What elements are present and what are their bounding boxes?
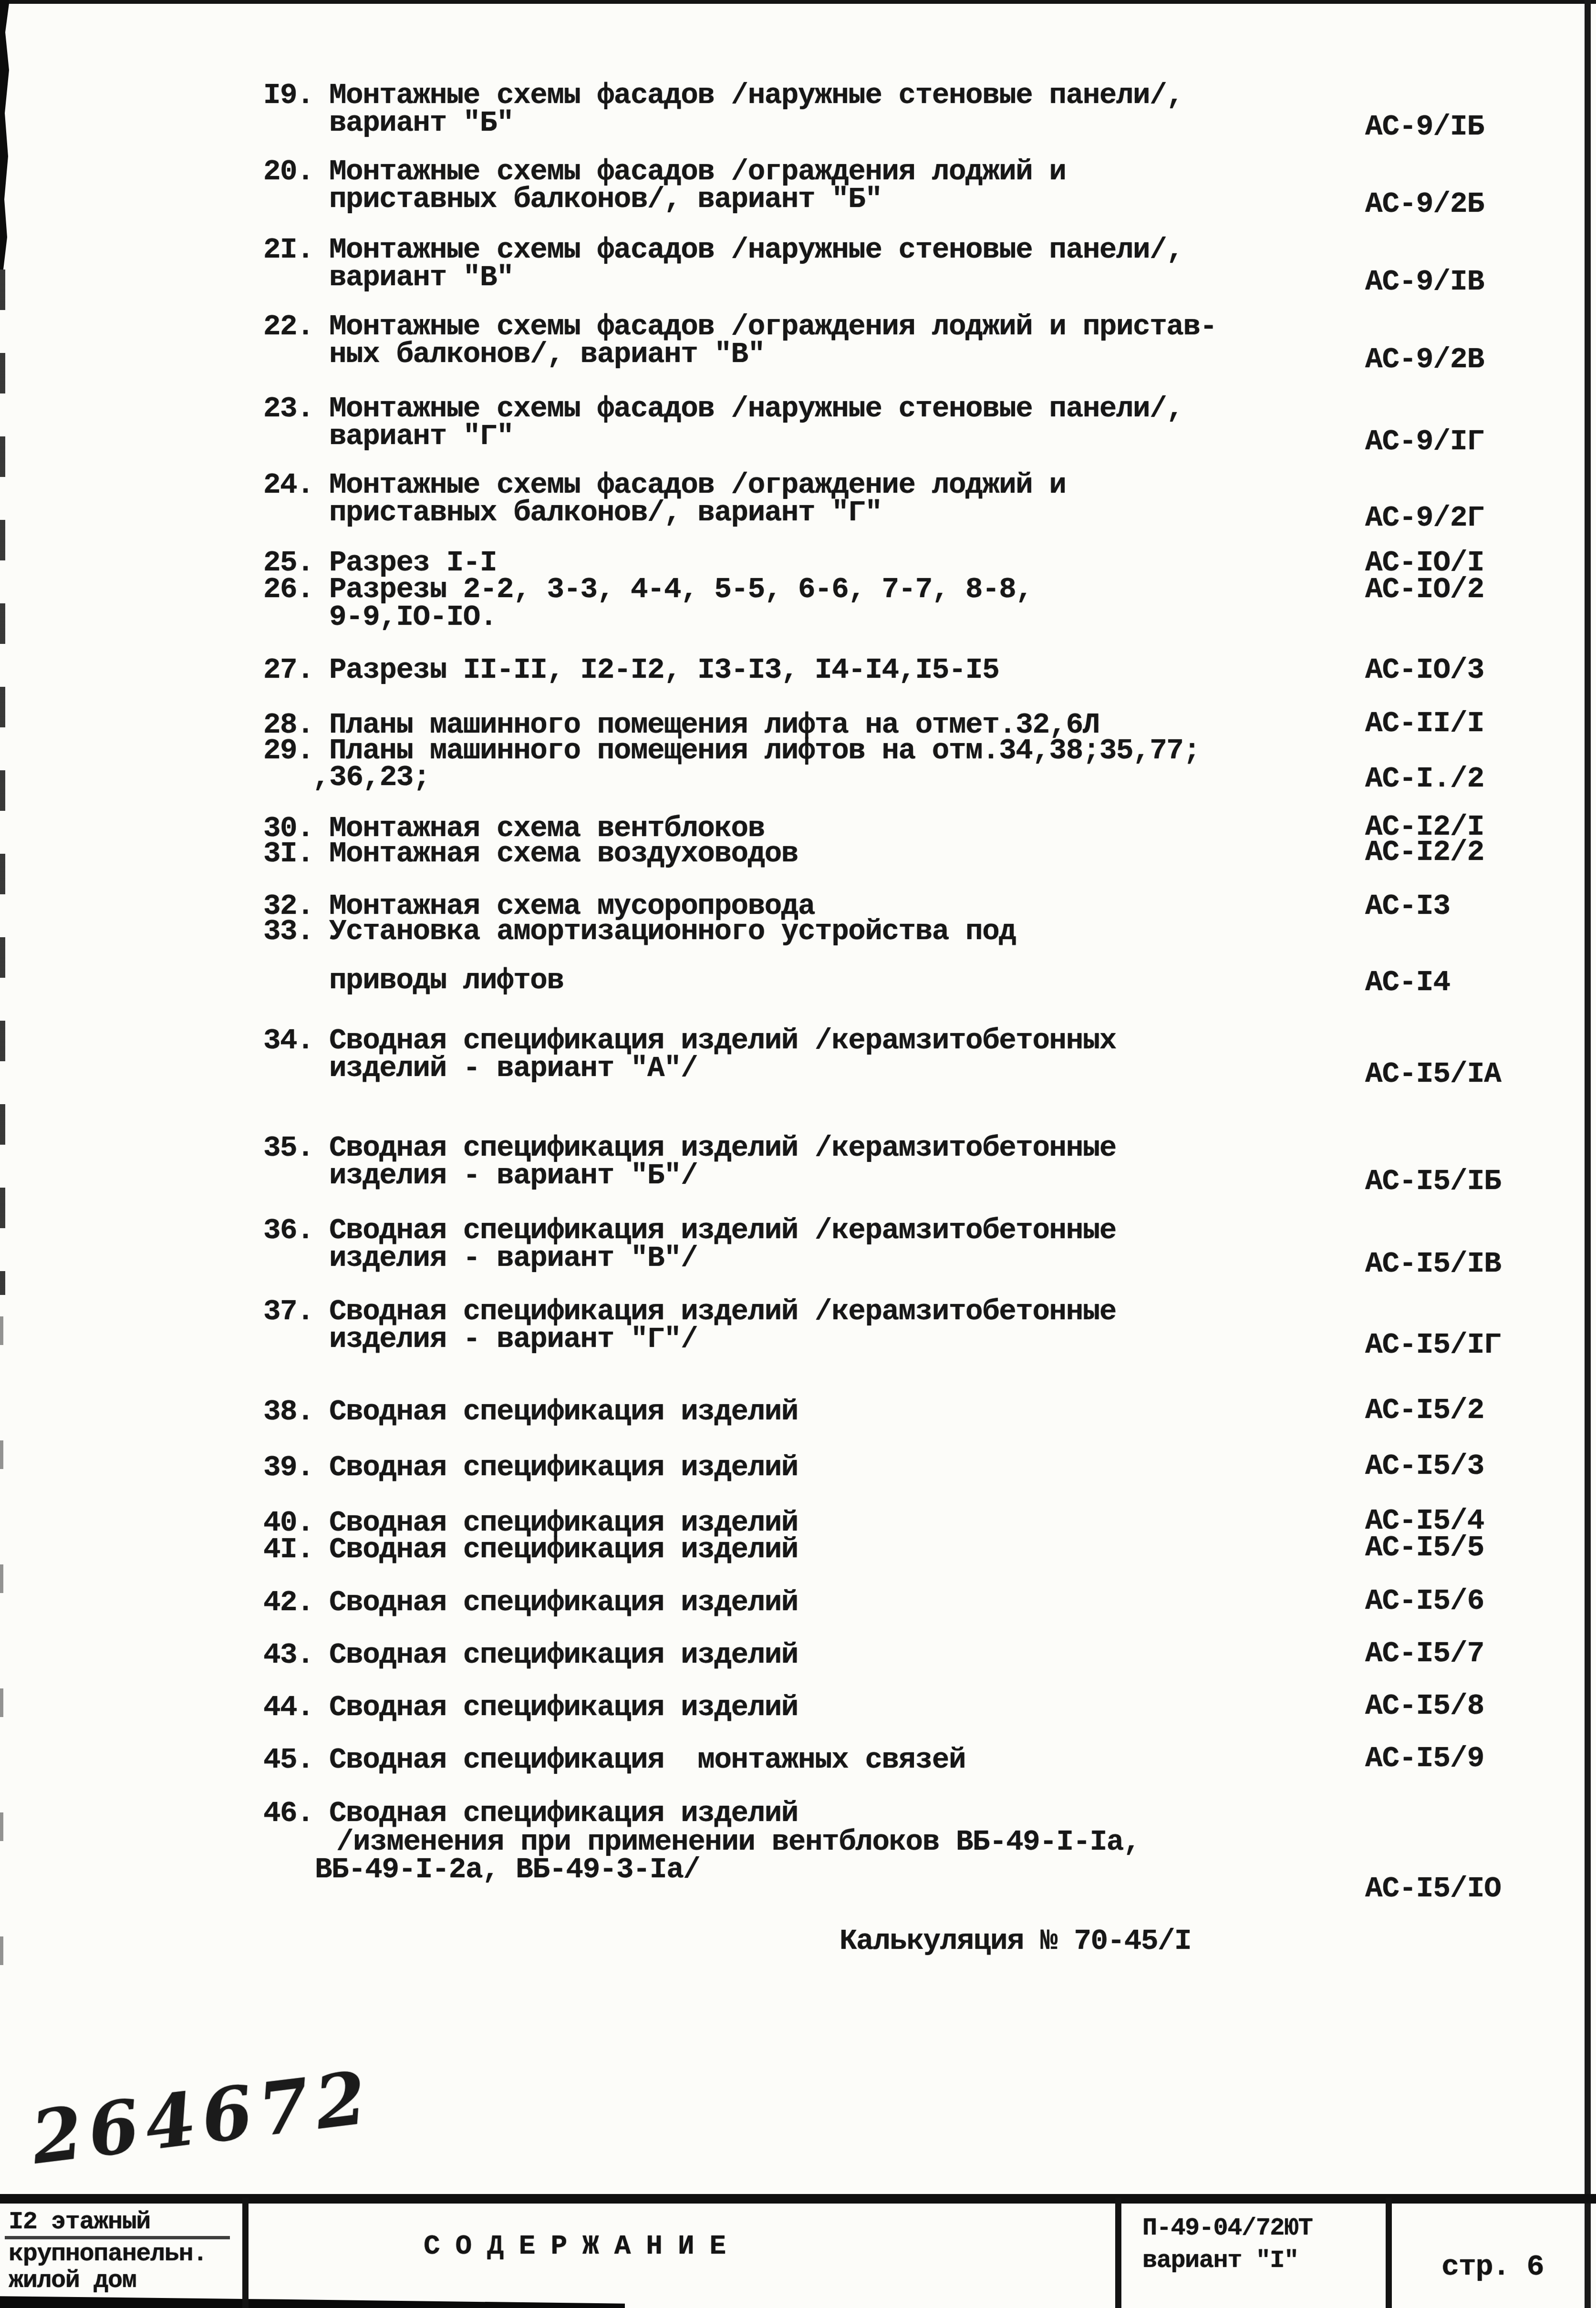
toc-item-number: 33.	[263, 917, 313, 946]
toc-item-number: 34.	[263, 1026, 313, 1056]
toc-item-drawing-code: АС-II/I	[1365, 709, 1484, 738]
toc-item-number: 27.	[263, 656, 313, 685]
project-name-line: крупнопанельн.	[9, 2242, 207, 2267]
toc-item-text: изделия - вариант "В"/	[329, 1244, 697, 1273]
toc-item-text: ВБ-49-I-2а, ВБ-49-3-Iа/	[315, 1855, 700, 1884]
toc-item-number: 45.	[263, 1746, 313, 1775]
toc-item-drawing-code: АС-I5/IА	[1365, 1060, 1501, 1089]
calc-note: Калькуляция № 70-45/I	[839, 1927, 1191, 1956]
toc-item-drawing-code: АС-I5/IГ	[1365, 1331, 1501, 1360]
toc-item-text: Установка амортизационного устройства по…	[329, 917, 1016, 946]
right-border-line	[1585, 0, 1591, 2308]
left-edge-scan-artifact	[0, 0, 10, 269]
toc-item-drawing-code: АС-I5/7	[1365, 1639, 1484, 1668]
toc-item-drawing-code: АС-I2/2	[1365, 838, 1484, 867]
toc-item-text: Сводная спецификация изделий /керамзитоб…	[329, 1216, 1116, 1245]
toc-item-drawing-code: АС-9/2В	[1365, 345, 1484, 374]
contents-title: С О Д Е Р Ж А Н И Е	[424, 2233, 725, 2261]
toc-item-drawing-code: АС-I4	[1365, 968, 1450, 997]
toc-item-text: Монтажная схема воздуховодов	[329, 839, 798, 869]
toc-item-text: Сводная спецификация изделий	[329, 1693, 798, 1722]
toc-item-drawing-code: АС-I5/IВ	[1365, 1250, 1501, 1279]
toc-item-number: 22.	[263, 312, 313, 342]
toc-item-text: вариант "Б"	[329, 109, 513, 138]
toc-item-number: 46.	[263, 1799, 313, 1828]
toc-item-text: Разрезы 2-2, 3-3, 4-4, 5-5, 6-6, 7-7, 8-…	[329, 575, 1032, 604]
toc-item-drawing-code: АС-I3	[1365, 892, 1450, 921]
toc-item-drawing-code: АС-I5/8	[1365, 1692, 1484, 1721]
toc-item-drawing-code: АС-I5/2	[1365, 1396, 1484, 1425]
toc-item-text: Планы машинного помещения лифтов на отм.…	[329, 736, 1200, 766]
toc-item-text: Сводная спецификация изделий	[329, 1588, 798, 1617]
toc-item-text: Сводная спецификация монтажных связей	[329, 1746, 965, 1775]
toc-item-text: Сводная спецификация изделий /керамзитоб…	[329, 1026, 1116, 1056]
toc-item-drawing-code: АС-I5/9	[1365, 1744, 1484, 1773]
toc-item-number: 2I.	[263, 236, 313, 265]
doc-code-line: П-49-04/72ЮТ	[1142, 2216, 1312, 2241]
toc-item-text: Сводная спецификация изделий	[329, 1641, 798, 1670]
toc-item-text: Монтажные схемы фасадов /ограждения лодж…	[329, 157, 1066, 186]
toc-item-drawing-code: АС-9/IГ	[1365, 427, 1484, 456]
toc-item-drawing-code: АС-I5/5	[1365, 1533, 1484, 1563]
toc-item-text: Сводная спецификация изделий	[329, 1799, 798, 1828]
toc-item-drawing-code: АС-I./2	[1365, 765, 1484, 794]
toc-item-text: изделия - вариант "Б"/	[329, 1161, 697, 1190]
toc-item-number: 3I.	[263, 839, 313, 869]
toc-item-number: 39.	[263, 1453, 313, 1482]
toc-item-number: 23.	[263, 394, 313, 424]
toc-item-text: Монтажные схемы фасадов /наружные стенов…	[329, 394, 1183, 424]
toc-item-text: Монтажные схемы фасадов /ограждение лодж…	[329, 471, 1066, 500]
toc-item-text: Монтажные схемы фасадов /наружные стенов…	[329, 81, 1183, 110]
toc-item-text: /изменения при применении вентблоков ВБ-…	[336, 1828, 1140, 1857]
toc-item-drawing-code: АС-I5/IБ	[1365, 1167, 1501, 1196]
toc-item-text: Сводная спецификация изделий /керамзитоб…	[329, 1134, 1116, 1163]
toc-item-text: Разрезы II-II, I2-I2, I3-I3, I4-I4,I5-I5	[329, 656, 999, 685]
toc-item-drawing-code: АС-IO/2	[1365, 575, 1484, 604]
toc-item-number: 44.	[263, 1693, 313, 1722]
toc-item-number: 36.	[263, 1216, 313, 1245]
toc-item-text: Сводная спецификация изделий	[329, 1453, 798, 1482]
toc-item-drawing-code: АС-I5/6	[1365, 1587, 1484, 1616]
page-number: стр. 6	[1441, 2252, 1544, 2282]
toc-item-text: Сводная спецификация изделий /керамзитоб…	[329, 1297, 1116, 1326]
toc-item-drawing-code: АС-I5/IO	[1365, 1874, 1501, 1904]
footer-top-rule	[0, 2194, 1596, 2204]
left-edge-dash-artifact	[0, 269, 5, 1295]
toc-item-drawing-code: АС-9/2Б	[1365, 190, 1484, 219]
project-name-underline	[5, 2236, 230, 2239]
top-border-line	[0, 0, 1596, 4]
toc-item-text: 9-9,IO-IO.	[329, 603, 497, 632]
footer-divider	[1115, 2198, 1121, 2308]
project-name-line: жилой дом	[9, 2268, 136, 2293]
toc-item-number: 26.	[263, 575, 313, 604]
toc-item-drawing-code: АС-I5/3	[1365, 1452, 1484, 1481]
toc-item-text: приводы лифтов	[329, 966, 563, 995]
footer-divider	[1386, 2198, 1392, 2308]
toc-item-drawing-code: АС-9/IВ	[1365, 268, 1484, 297]
toc-item-drawing-code: АС-9/IБ	[1365, 113, 1484, 142]
toc-item-drawing-code: АС-9/2Г	[1365, 504, 1484, 533]
toc-item-number: 38.	[263, 1397, 313, 1427]
toc-item-text: вариант "Г"	[329, 422, 513, 451]
toc-item-number: 24.	[263, 471, 313, 500]
toc-item-number: 20.	[263, 157, 313, 186]
toc-item-text: вариант "В"	[329, 263, 513, 292]
project-name-line: I2 этажный	[9, 2210, 150, 2235]
scanned-page: I9.Монтажные схемы фасадов /наружные сте…	[0, 0, 1596, 2308]
toc-item-text: Сводная спецификация изделий	[329, 1397, 798, 1427]
toc-item-text: изделий - вариант "А"/	[329, 1054, 697, 1083]
toc-item-number: 35.	[263, 1134, 313, 1163]
toc-item-drawing-code: АС-IO/3	[1365, 656, 1484, 685]
toc-item-text: приставных балконов/, вариант "Б"	[329, 185, 882, 214]
left-edge-dash-artifact	[0, 1316, 3, 2032]
toc-item-number: 4I.	[263, 1535, 313, 1564]
toc-item-text: Монтажные схемы фасадов /наружные стенов…	[329, 236, 1183, 265]
toc-item-text: изделия - вариант "Г"/	[329, 1325, 697, 1354]
footer-divider	[242, 2198, 249, 2308]
handwritten-number: 264672	[28, 2060, 377, 2174]
toc-item-number: I9.	[263, 81, 313, 110]
toc-item-text: приставных балконов/, вариант "Г"	[329, 498, 882, 528]
doc-variant-line: вариант "I"	[1142, 2248, 1298, 2273]
toc-item-number: 42.	[263, 1588, 313, 1617]
toc-item-text: Сводная спецификация изделий	[329, 1535, 798, 1564]
toc-item-text: Монтажные схемы фасадов /ограждения лодж…	[329, 312, 1217, 342]
toc-item-number: 37.	[263, 1297, 313, 1326]
toc-item-text: ,36,23;	[279, 763, 430, 792]
toc-item-text: ных балконов/, вариант "В"	[329, 340, 765, 369]
toc-item-number: 43.	[263, 1641, 313, 1670]
